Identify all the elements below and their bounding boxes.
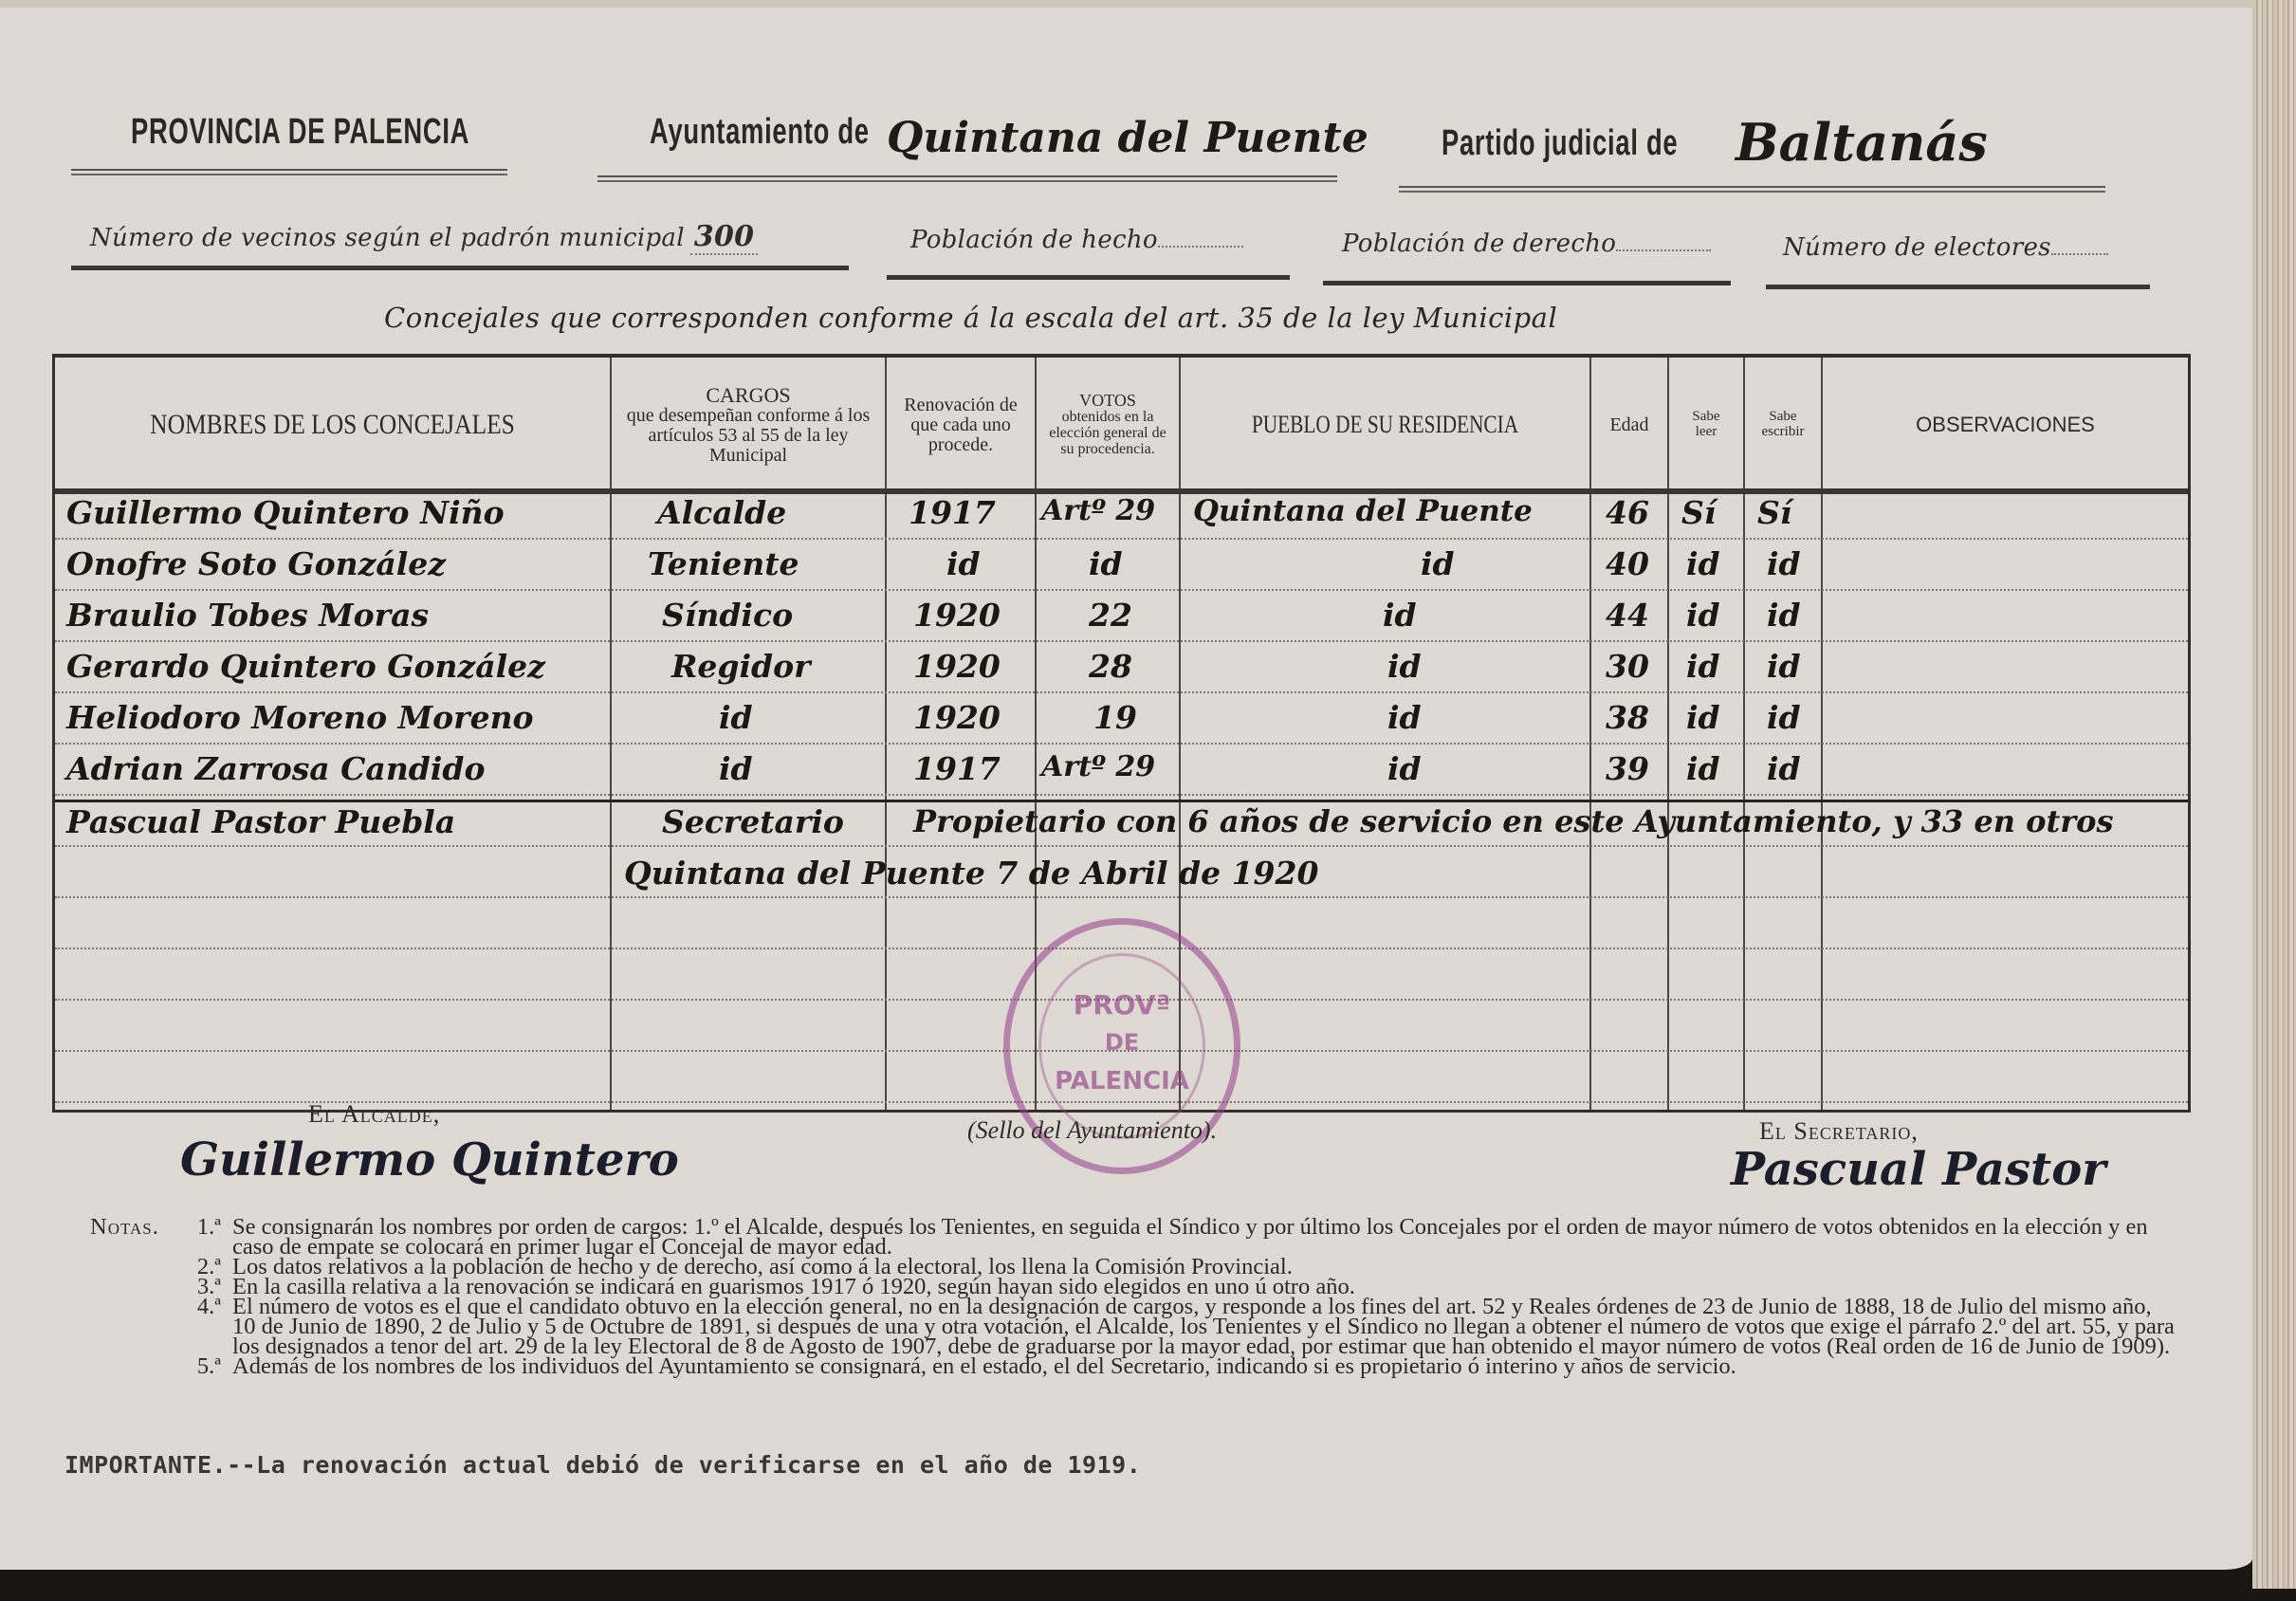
divider bbox=[71, 266, 849, 270]
cell-leer: Sí bbox=[1681, 494, 1716, 531]
row-line bbox=[55, 794, 2188, 796]
cell-renovacion: 1920 bbox=[913, 699, 1001, 736]
alcalde-signature: Guillermo Quintero bbox=[180, 1133, 679, 1187]
cell-leer: id bbox=[1686, 545, 1720, 582]
header-pueblo: PUEBLO DE SU RESIDENCIA bbox=[1218, 358, 1552, 492]
cell-pueblo: id bbox=[1421, 545, 1455, 582]
important-notice: IMPORTANTE.--La renovación actual debió … bbox=[64, 1451, 1141, 1479]
seal-line: PROVª bbox=[1010, 989, 1234, 1021]
cell-escribir: id bbox=[1767, 750, 1801, 787]
divider bbox=[1766, 285, 2150, 289]
row-line bbox=[55, 538, 2188, 540]
electores-label: Número de electores bbox=[1783, 233, 2051, 262]
alcalde-title: El Alcalde, bbox=[308, 1100, 440, 1129]
cell-cargo: id bbox=[719, 699, 753, 736]
poblacion-hecho-field: Población de hecho bbox=[910, 226, 1243, 254]
cell-renovacion: 1920 bbox=[913, 648, 1001, 685]
document-page: PROVINCIA DE PALENCIA Ayuntamiento de Qu… bbox=[0, 0, 2252, 1570]
ayuntamiento-value: Quintana del Puente bbox=[887, 114, 1368, 162]
secretario-signature: Pascual Pastor bbox=[1731, 1143, 2106, 1196]
electores-field: Número de electores bbox=[1783, 233, 2108, 262]
header-renovacion: Renovación de que cada uno procede. bbox=[887, 358, 1035, 492]
cell-pueblo: id bbox=[1387, 699, 1422, 736]
poblacion-hecho-value bbox=[1158, 246, 1243, 248]
header-cargos-title: CARGOS bbox=[706, 384, 790, 406]
header-sabe-leer: Sabe leer bbox=[1669, 358, 1743, 492]
cell-renovacion: 1917 bbox=[909, 494, 996, 531]
cell-pueblo: Quintana del Puente bbox=[1193, 494, 1533, 528]
header-edad: Edad bbox=[1591, 358, 1667, 492]
cell-pueblo: id bbox=[1387, 648, 1422, 685]
cell-cargo: id bbox=[719, 750, 753, 787]
seal-line: PALENCIA bbox=[1010, 1067, 1234, 1095]
cell-pueblo: id bbox=[1387, 750, 1422, 787]
cell-votos: Artº 29 bbox=[1041, 494, 1155, 527]
header-nombres: NOMBRES DE LOS CONCEJALES bbox=[97, 358, 568, 492]
vecinos-label: Número de vecinos según el padrón munici… bbox=[90, 224, 685, 252]
secretario-cargo: Secretario bbox=[662, 803, 844, 840]
cell-cargo: Síndico bbox=[662, 597, 793, 634]
cell-nombre: Onofre Soto González bbox=[66, 545, 446, 582]
cell-nombre: Gerardo Quintero González bbox=[66, 648, 545, 685]
cell-renovacion: 1917 bbox=[913, 750, 1001, 787]
cell-escribir: id bbox=[1767, 648, 1801, 685]
cell-cargo: Teniente bbox=[648, 545, 799, 582]
cell-leer: id bbox=[1686, 648, 1720, 685]
cell-edad: 44 bbox=[1606, 597, 1649, 634]
cell-escribir: id bbox=[1767, 597, 1801, 634]
note-text: Se consignarán los nombres por orden de … bbox=[232, 1217, 2177, 1257]
note-item: 5.ª Además de los nombres de los individ… bbox=[90, 1356, 2177, 1376]
cell-edad: 30 bbox=[1606, 648, 1649, 685]
note-text: Además de los nombres de los individuos … bbox=[232, 1356, 2177, 1376]
divider bbox=[1323, 281, 1731, 285]
cell-leer: id bbox=[1686, 699, 1720, 736]
row-line bbox=[55, 691, 2188, 693]
divider bbox=[1399, 186, 2105, 193]
cell-edad: 39 bbox=[1606, 750, 1649, 787]
cell-votos: Artº 29 bbox=[1041, 750, 1155, 783]
secretario-nombre: Pascual Pastor Puebla bbox=[66, 803, 455, 840]
concejales-subtitle: Concejales que corresponden conforme á l… bbox=[384, 302, 1557, 334]
note-text: El número de votos es el que el candidat… bbox=[232, 1297, 2177, 1356]
book-page-edges bbox=[2252, 0, 2296, 1589]
cell-nombre: Braulio Tobes Moras bbox=[66, 597, 429, 634]
notes-heading: Notas. bbox=[90, 1217, 180, 1257]
notes-spacer bbox=[90, 1356, 180, 1376]
cell-edad: 38 bbox=[1606, 699, 1649, 736]
row-line bbox=[55, 743, 2188, 745]
secretario-detalle: Propietario con 6 años de servicio en es… bbox=[913, 803, 2113, 839]
cell-escribir: id bbox=[1767, 699, 1801, 736]
cell-cargo: Alcalde bbox=[657, 494, 786, 531]
secretario-rule bbox=[55, 800, 2188, 802]
seal-line: DE bbox=[1010, 1029, 1234, 1056]
cell-escribir: Sí bbox=[1757, 494, 1791, 531]
poblacion-hecho-label: Población de hecho bbox=[910, 226, 1158, 254]
header-votos: VOTOS obtenidos en la elección general d… bbox=[1037, 358, 1179, 492]
cell-votos: 22 bbox=[1089, 597, 1132, 634]
partido-value: Baltanás bbox=[1736, 112, 1988, 173]
notes-spacer bbox=[90, 1277, 180, 1297]
cell-renovacion: 1920 bbox=[913, 597, 1001, 634]
header-observaciones: OBSERVACIONES bbox=[1823, 358, 2188, 492]
partido-label: Partido judicial de bbox=[1442, 123, 1678, 164]
cell-cargo: Regidor bbox=[671, 648, 811, 685]
cell-leer: id bbox=[1686, 597, 1720, 634]
notes-section: Notas. 1.ª Se consignarán los nombres po… bbox=[90, 1217, 2177, 1376]
header-votos-sub: obtenidos en la elección general de su p… bbox=[1042, 410, 1173, 457]
notes-spacer bbox=[90, 1297, 180, 1356]
poblacion-derecho-label: Población de derecho bbox=[1342, 230, 1616, 258]
divider bbox=[887, 275, 1290, 280]
cell-renovacion: id bbox=[946, 545, 981, 582]
note-item: Notas. 1.ª Se consignarán los nombres po… bbox=[90, 1217, 2177, 1257]
note-item: 4.ª El número de votos es el que el cand… bbox=[90, 1297, 2177, 1356]
notes-spacer bbox=[90, 1257, 180, 1277]
header-votos-title: VOTOS bbox=[1079, 392, 1136, 410]
cell-votos: 19 bbox=[1093, 699, 1137, 736]
cell-pueblo: id bbox=[1383, 597, 1417, 634]
cell-nombre: Heliodoro Moreno Moreno bbox=[66, 699, 534, 736]
page-top-edge bbox=[0, 0, 2252, 8]
row-line bbox=[55, 845, 2188, 847]
cell-nombre: Guillermo Quintero Niño bbox=[66, 494, 505, 531]
cell-edad: 40 bbox=[1606, 545, 1649, 582]
electores-value bbox=[2051, 253, 2108, 255]
vecinos-field: Número de vecinos según el padrón munici… bbox=[90, 220, 758, 253]
cell-nombre: Adrian Zarrosa Candido bbox=[66, 750, 486, 787]
seal-caption: (Sello del Ayuntamiento). bbox=[967, 1116, 1217, 1145]
row-line bbox=[55, 896, 2188, 898]
header-sabe-escribir: Sabe escribir bbox=[1745, 358, 1821, 492]
province-title: PROVINCIA DE PALENCIA bbox=[131, 112, 469, 153]
divider bbox=[597, 175, 1337, 182]
cell-leer: id bbox=[1686, 750, 1720, 787]
note-number: 4.ª bbox=[180, 1297, 232, 1356]
cell-escribir: id bbox=[1767, 545, 1801, 582]
ayuntamiento-label: Ayuntamiento de bbox=[650, 112, 870, 153]
poblacion-derecho-value bbox=[1616, 249, 1711, 251]
note-number: 1.ª bbox=[180, 1217, 232, 1257]
divider bbox=[71, 169, 507, 175]
cell-votos: id bbox=[1089, 545, 1123, 582]
row-line bbox=[55, 640, 2188, 642]
poblacion-derecho-field: Población de derecho bbox=[1342, 230, 1711, 258]
vecinos-value: 300 bbox=[690, 220, 759, 255]
fecha-lugar: Quintana del Puente 7 de Abril de 1920 bbox=[624, 855, 1318, 892]
secretario-title: El Secretario, bbox=[1759, 1117, 1919, 1146]
row-line bbox=[55, 589, 2188, 591]
header-cargos: CARGOS que desempeñan conforme á los art… bbox=[612, 358, 885, 492]
header-cargos-sub: que desempeñan conforme á los artículos … bbox=[612, 406, 885, 466]
cell-votos: 28 bbox=[1089, 648, 1132, 685]
note-number: 5.ª bbox=[180, 1356, 232, 1376]
cell-edad: 46 bbox=[1606, 494, 1649, 531]
